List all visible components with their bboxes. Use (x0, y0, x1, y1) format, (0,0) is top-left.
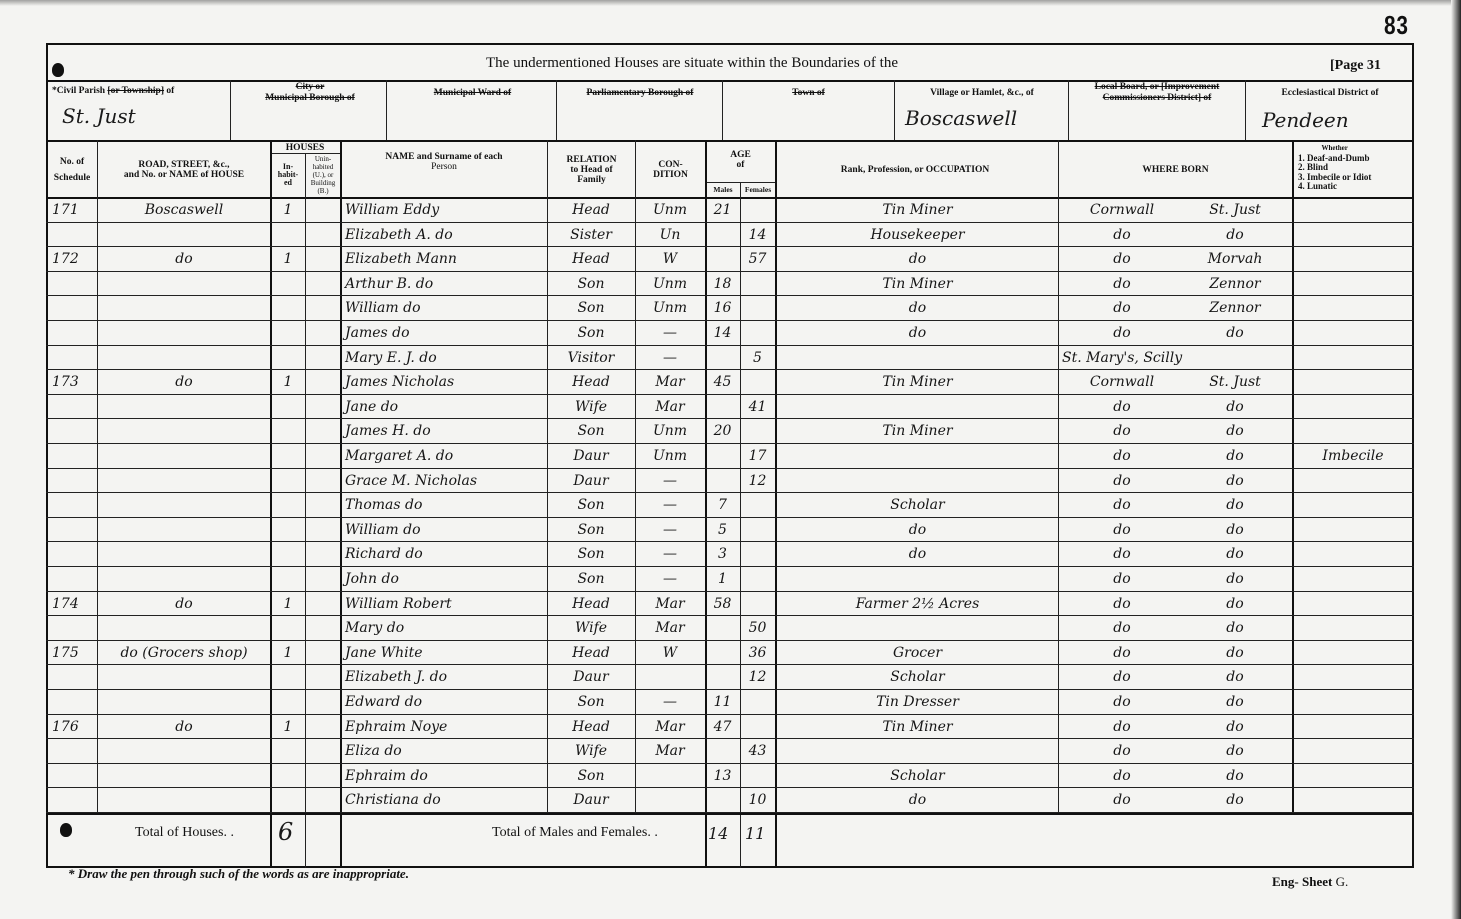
cell-schedule (52, 764, 96, 788)
cell-condition: Unm (637, 198, 703, 222)
cell-condition: — (637, 518, 703, 542)
cell-name: Elizabeth J. do (345, 665, 545, 689)
cell-schedule (52, 419, 96, 443)
col-condition-header: CON-DITION (636, 142, 705, 197)
cell-male-age (706, 247, 739, 271)
cell-schedule (52, 223, 96, 247)
cell-born-county: do (1062, 493, 1182, 517)
cell-road (100, 518, 268, 542)
cell-male-age: 14 (706, 321, 739, 345)
divider (1245, 80, 1246, 140)
cell-condition: — (637, 493, 703, 517)
cell-road (100, 419, 268, 443)
cell-name: James do (345, 321, 545, 345)
ink-blot (60, 823, 72, 837)
cell-relation: Visitor (549, 346, 633, 370)
col-occupation-header: Rank, Profession, or OCCUPATION (790, 142, 1040, 197)
cell-condition: Unm (637, 272, 703, 296)
cell-born-parish: do (1180, 665, 1290, 689)
cell-occupation: Tin Miner (780, 715, 1055, 739)
cell-female-age: 5 (741, 346, 774, 370)
cell-male-age: 20 (706, 419, 739, 443)
cell-condition: W (637, 247, 703, 271)
cell-born-parish: do (1180, 223, 1290, 247)
col-inhabited-header: In-habit-ed (271, 155, 305, 195)
cell-name: Christiana do (345, 788, 545, 812)
cell-inhabited (272, 419, 304, 443)
cell-infirmity (1296, 690, 1410, 714)
total-males-value: 14 (708, 824, 728, 843)
cell-schedule (52, 346, 96, 370)
local-board-label: Local Board, or [Improvement Commissione… (1072, 82, 1242, 104)
municipal-ward-label: Municipal Ward of (400, 88, 545, 98)
cell-inhabited: 1 (272, 370, 304, 394)
col-name-header: NAME and Surname of eachPerson (341, 142, 547, 182)
cell-born-parish: do (1180, 567, 1290, 591)
cell-born-county: do (1062, 764, 1182, 788)
cell-relation: Head (549, 592, 633, 616)
cell-infirmity (1296, 518, 1410, 542)
cell-occupation: do (780, 542, 1055, 566)
cell-road (100, 567, 268, 591)
cell-name: Jane White (345, 641, 545, 665)
cell-born-parish: do (1180, 493, 1290, 517)
folio-number: 83 (1384, 10, 1409, 41)
cell-road (100, 616, 268, 640)
cell-male-age (706, 616, 739, 640)
cell-condition: Mar (637, 395, 703, 419)
cell-inhabited: 1 (272, 592, 304, 616)
cell-infirmity (1296, 764, 1410, 788)
cell-relation: Son (549, 764, 633, 788)
civil-parish-value: St. Just (62, 104, 136, 128)
cell-inhabited (272, 469, 304, 493)
cell-born-county: do (1062, 665, 1182, 689)
cell-name: Ephraim do (345, 764, 545, 788)
cell-female-age: 57 (741, 247, 774, 271)
divider (894, 80, 895, 140)
cell-born-county: do (1062, 247, 1182, 271)
cell-inhabited (272, 690, 304, 714)
cell-inhabited (272, 493, 304, 517)
municipal-borough-label: City or Municipal Borough of (240, 82, 380, 104)
cell-relation: Son (549, 419, 633, 443)
village-label: Village or Hamlet, &c., of (898, 88, 1066, 98)
cell-relation: Son (549, 321, 633, 345)
cell-born-parish: do (1180, 715, 1290, 739)
cell-born-parish: do (1180, 518, 1290, 542)
cell-condition: — (637, 321, 703, 345)
town-label: Town of (726, 88, 891, 98)
cell-occupation: Tin Miner (780, 370, 1055, 394)
cell-condition: Unm (637, 444, 703, 468)
cell-inhabited: 1 (272, 198, 304, 222)
total-houses-label: Total of Houses. . (135, 825, 234, 841)
cell-born-parish (1180, 346, 1290, 370)
cell-schedule (52, 272, 96, 296)
cell-infirmity (1296, 542, 1410, 566)
cell-born-parish: do (1180, 395, 1290, 419)
cell-inhabited (272, 223, 304, 247)
cell-born-parish: Zennor (1180, 272, 1290, 296)
cell-born-county: do (1062, 567, 1182, 591)
cell-male-age (706, 223, 739, 247)
cell-relation: Son (549, 690, 633, 714)
cell-occupation (780, 395, 1055, 419)
cell-schedule: 175 (52, 641, 96, 665)
cell-occupation: Tin Miner (780, 272, 1055, 296)
cell-male-age (706, 444, 739, 468)
cell-born-parish: St. Just (1180, 370, 1290, 394)
cell-born-parish: do (1180, 444, 1290, 468)
col-males-header: Males (706, 183, 740, 196)
cell-male-age: 5 (706, 518, 739, 542)
cell-occupation (780, 567, 1055, 591)
cell-occupation: Tin Dresser (780, 690, 1055, 714)
divider (386, 80, 387, 140)
cell-schedule: 173 (52, 370, 96, 394)
page-title: The undermentioned Houses are situate wi… (486, 55, 898, 72)
cell-road: do (100, 592, 268, 616)
cell-infirmity (1296, 223, 1410, 247)
cell-male-age (706, 395, 739, 419)
cell-male-age: 21 (706, 198, 739, 222)
divider (97, 140, 98, 813)
cell-name: William do (345, 296, 545, 320)
cell-road: do (100, 247, 268, 271)
cell-female-age (741, 542, 774, 566)
cell-inhabited (272, 788, 304, 812)
cell-schedule (52, 493, 96, 517)
cell-condition (637, 665, 703, 689)
cell-name: Margaret A. do (345, 444, 545, 468)
cell-female-age: 50 (741, 616, 774, 640)
cell-occupation: do (780, 247, 1055, 271)
cell-name: Richard do (345, 542, 545, 566)
cell-female-age: 41 (741, 395, 774, 419)
cell-infirmity (1296, 370, 1410, 394)
cell-female-age (741, 690, 774, 714)
cell-inhabited (272, 542, 304, 566)
cell-road (100, 764, 268, 788)
cell-inhabited (272, 444, 304, 468)
village-value: Boscaswell (905, 106, 1017, 130)
cell-relation: Daur (549, 665, 633, 689)
cell-name: James H. do (345, 419, 545, 443)
col-road-header: ROAD, STREET, &c.,and No. or NAME of HOU… (98, 142, 270, 197)
cell-inhabited (272, 518, 304, 542)
sheet-identifier: Eng- Sheet G. (1272, 874, 1348, 890)
cell-inhabited: 1 (272, 715, 304, 739)
cell-name: Ephraim Noye (345, 715, 545, 739)
cell-born-parish: do (1180, 469, 1290, 493)
cell-condition: Mar (637, 592, 703, 616)
ecclesiastical-district-value: Pendeen (1262, 108, 1349, 132)
cell-female-age (741, 715, 774, 739)
cell-condition: — (637, 690, 703, 714)
cell-infirmity (1296, 395, 1410, 419)
cell-born-parish: do (1180, 764, 1290, 788)
cell-female-age (741, 592, 774, 616)
cell-born-parish: Morvah (1180, 247, 1290, 271)
col-schedule-header: No. ofSchedule (48, 142, 96, 197)
cell-male-age: 3 (706, 542, 739, 566)
cell-condition: — (637, 542, 703, 566)
cell-condition: — (637, 469, 703, 493)
cell-male-age: 58 (706, 592, 739, 616)
cell-schedule: 172 (52, 247, 96, 271)
cell-schedule (52, 518, 96, 542)
civil-parish-label: *Civil Parish [or Township] of (52, 86, 174, 96)
cell-born-county: do (1062, 395, 1182, 419)
cell-male-age: 1 (706, 567, 739, 591)
cell-inhabited (272, 764, 304, 788)
cell-condition: — (637, 346, 703, 370)
cell-occupation: Scholar (780, 665, 1055, 689)
cell-occupation: do (780, 518, 1055, 542)
cell-road (100, 788, 268, 812)
cell-female-age: 43 (741, 739, 774, 763)
cell-born-county: do (1062, 296, 1182, 320)
page-reference: [Page 31 (1330, 58, 1381, 74)
cell-schedule (52, 321, 96, 345)
cell-condition: Unm (637, 419, 703, 443)
cell-female-age: 36 (741, 641, 774, 665)
cell-schedule (52, 469, 96, 493)
cell-infirmity (1296, 469, 1410, 493)
cell-male-age (706, 665, 739, 689)
cell-occupation: Farmer 2½ Acres (780, 592, 1055, 616)
cell-relation: Son (549, 518, 633, 542)
divider (305, 153, 306, 868)
cell-infirmity (1296, 567, 1410, 591)
cell-road: do (Grocers shop) (100, 641, 268, 665)
cell-schedule (52, 788, 96, 812)
scan-edge-right (1451, 0, 1461, 919)
cell-inhabited (272, 665, 304, 689)
cell-relation: Son (549, 296, 633, 320)
cell-male-age: 18 (706, 272, 739, 296)
cell-occupation: do (780, 296, 1055, 320)
total-persons-label: Total of Males and Females. . (492, 825, 658, 841)
cell-inhabited: 1 (272, 247, 304, 271)
cell-relation: Head (549, 370, 633, 394)
cell-road (100, 321, 268, 345)
cell-infirmity (1296, 715, 1410, 739)
cell-schedule (52, 395, 96, 419)
cell-road (100, 493, 268, 517)
cell-condition: — (637, 567, 703, 591)
cell-female-age (741, 419, 774, 443)
cell-condition: Mar (637, 715, 703, 739)
cell-born-parish: do (1180, 788, 1290, 812)
cell-occupation (780, 469, 1055, 493)
divider (1058, 140, 1059, 813)
cell-occupation: do (780, 321, 1055, 345)
ecclesiastical-district-label: Ecclesiastical District of (1250, 88, 1410, 98)
cell-infirmity (1296, 346, 1410, 370)
cell-road (100, 739, 268, 763)
cell-born-parish: do (1180, 739, 1290, 763)
cell-relation: Daur (549, 444, 633, 468)
cell-male-age: 47 (706, 715, 739, 739)
cell-relation: Daur (549, 788, 633, 812)
col-infirmity-header: Whether 1. Deaf-and-Dumb 2. Blind 3. Imb… (1298, 144, 1371, 192)
cell-road: do (100, 370, 268, 394)
cell-relation: Head (549, 247, 633, 271)
parliamentary-borough-label: Parliamentary Borough of (560, 88, 720, 98)
cell-male-age: 13 (706, 764, 739, 788)
cell-male-age (706, 641, 739, 665)
scan-edge (0, 0, 1461, 6)
divider (340, 140, 342, 868)
cell-infirmity (1296, 665, 1410, 689)
cell-road (100, 690, 268, 714)
cell-born-parish: do (1180, 321, 1290, 345)
col-houses-header: HOUSES (271, 142, 339, 153)
cell-road (100, 346, 268, 370)
cell-infirmity (1296, 419, 1410, 443)
cell-road (100, 223, 268, 247)
divider (635, 140, 636, 813)
cell-name: William Robert (345, 592, 545, 616)
col-age-header: AGEof (706, 142, 775, 178)
cell-schedule (52, 567, 96, 591)
cell-relation: Wife (549, 739, 633, 763)
cell-name: Grace M. Nicholas (345, 469, 545, 493)
cell-female-age (741, 272, 774, 296)
cell-schedule (52, 616, 96, 640)
cell-relation: Son (549, 542, 633, 566)
cell-road (100, 296, 268, 320)
cell-infirmity: Imbecile (1296, 444, 1410, 468)
cell-born-county: do (1062, 542, 1182, 566)
cell-inhabited (272, 346, 304, 370)
cell-born-county: Cornwall (1062, 198, 1182, 222)
col-uninhabited-header: Unin-habited(U.), orBuilding(B.) (306, 154, 340, 196)
cell-female-age (741, 764, 774, 788)
cell-male-age (706, 788, 739, 812)
cell-name: Eliza do (345, 739, 545, 763)
footnote: * Draw the pen through such of the words… (68, 866, 409, 882)
col-relation-header: RELATIONto Head ofFamily (548, 142, 635, 197)
cell-name: Elizabeth Mann (345, 247, 545, 271)
cell-relation: Son (549, 272, 633, 296)
cell-female-age: 14 (741, 223, 774, 247)
cell-relation: Daur (549, 469, 633, 493)
cell-inhabited (272, 567, 304, 591)
cell-name: Jane do (345, 395, 545, 419)
cell-infirmity (1296, 739, 1410, 763)
cell-female-age (741, 493, 774, 517)
cell-road (100, 395, 268, 419)
cell-born-county: do (1062, 518, 1182, 542)
cell-occupation: Tin Miner (780, 198, 1055, 222)
cell-name: Thomas do (345, 493, 545, 517)
cell-road: Boscaswell (100, 198, 268, 222)
cell-relation: Wife (549, 395, 633, 419)
cell-schedule (52, 690, 96, 714)
cell-schedule (52, 444, 96, 468)
cell-occupation: Grocer (780, 641, 1055, 665)
divider (46, 813, 1414, 815)
cell-female-age: 10 (741, 788, 774, 812)
cell-occupation: Scholar (780, 764, 1055, 788)
cell-female-age (741, 567, 774, 591)
cell-infirmity (1296, 272, 1410, 296)
cell-occupation (780, 346, 1055, 370)
cell-female-age (741, 198, 774, 222)
cell-name: James Nicholas (345, 370, 545, 394)
cell-infirmity (1296, 198, 1410, 222)
cell-born-county: do (1062, 641, 1182, 665)
cell-relation: Head (549, 198, 633, 222)
cell-schedule (52, 296, 96, 320)
cell-female-age (741, 370, 774, 394)
cell-occupation (780, 616, 1055, 640)
cell-female-age: 12 (741, 469, 774, 493)
cell-male-age: 11 (706, 690, 739, 714)
cell-relation: Wife (549, 616, 633, 640)
cell-road (100, 542, 268, 566)
cell-male-age: 45 (706, 370, 739, 394)
cell-infirmity (1296, 296, 1410, 320)
cell-born-county: Cornwall (1062, 370, 1182, 394)
cell-born-parish: do (1180, 690, 1290, 714)
cell-inhabited (272, 321, 304, 345)
cell-condition: Mar (637, 739, 703, 763)
cell-born-county: St. Mary's, Scilly (1062, 346, 1182, 370)
cell-occupation: Housekeeper (780, 223, 1055, 247)
cell-born-parish: do (1180, 616, 1290, 640)
cell-name: Edward do (345, 690, 545, 714)
cell-male-age (706, 469, 739, 493)
cell-schedule: 171 (52, 198, 96, 222)
cell-relation: Son (549, 567, 633, 591)
cell-infirmity (1296, 321, 1410, 345)
cell-female-age (741, 296, 774, 320)
cell-born-county: do (1062, 419, 1182, 443)
cell-relation: Head (549, 641, 633, 665)
cell-born-county: do (1062, 739, 1182, 763)
cell-relation: Son (549, 493, 633, 517)
cell-infirmity (1296, 616, 1410, 640)
cell-name: Mary E. J. do (345, 346, 545, 370)
cell-male-age (706, 739, 739, 763)
cell-male-age (706, 346, 739, 370)
cell-condition: Unm (637, 296, 703, 320)
cell-condition (637, 764, 703, 788)
total-females-value: 11 (745, 824, 765, 843)
cell-condition: Un (637, 223, 703, 247)
col-where-born-header: WHERE BORN (1059, 142, 1292, 197)
cell-female-age: 12 (741, 665, 774, 689)
ink-blot (52, 63, 64, 77)
cell-born-parish: do (1180, 641, 1290, 665)
cell-road: do (100, 715, 268, 739)
divider (1292, 140, 1294, 813)
divider (547, 140, 548, 813)
divider (775, 140, 777, 868)
cell-infirmity (1296, 592, 1410, 616)
cell-inhabited (272, 395, 304, 419)
cell-occupation: do (780, 788, 1055, 812)
cell-road (100, 665, 268, 689)
cell-name: Mary do (345, 616, 545, 640)
cell-born-county: do (1062, 272, 1182, 296)
cell-condition: Mar (637, 616, 703, 640)
cell-born-county: do (1062, 788, 1182, 812)
